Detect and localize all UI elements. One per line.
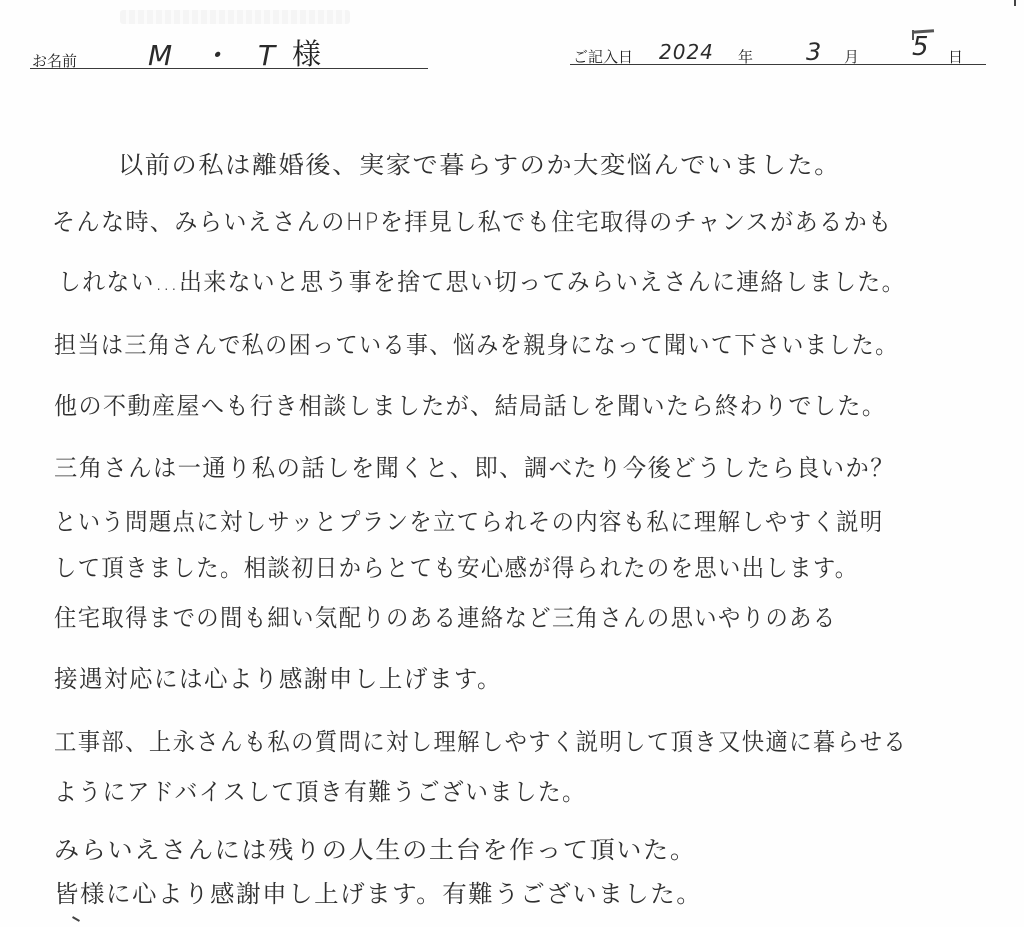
body-line: 工事部、上永さんも私の質問に対し理解しやすく説明して頂き又快適に暮らせる <box>54 722 907 757</box>
body-line: 住宅取得までの間も細い気配りのある連絡など三角さんの思いやりのある <box>54 598 837 633</box>
body-line: 担当は三角さんで私の困っている事、悩みを親身になって聞いて下さいました。 <box>54 325 899 360</box>
body-line: 皆様に心より感謝申し上げます。有難うございました。 <box>54 874 702 909</box>
body-line: みらいえさんには残りの人生の土台を作って頂いた。 <box>54 830 697 865</box>
body-line: そんな時、みらいえさんのHPを拝見し私でも住宅取得のチャンスがあるかも <box>52 202 893 237</box>
body-line: しれない…出来ないと思う事を捨て思い切ってみらいえさんに連絡しました。 <box>58 262 906 297</box>
body-line: 三角さんは一通り私の話しを聞くと、即、調べたり今後どうしたら良いか？ <box>54 448 895 483</box>
body-line: という問題点に対しサッとプランを立てられその内容も私に理解しやすく説明 <box>54 502 884 537</box>
body-line: して頂きました。相談初日からとても安心感が得られたのを思い出します。 <box>54 548 859 583</box>
body-line: 他の不動産屋へも行き相談しましたが、結局話しを聞いたら終わりでした。 <box>54 386 886 421</box>
body-line: ようにアドバイスして頂き有難うございました。 <box>54 772 586 807</box>
body-line: 接遇対応には心より感謝申し上げます。 <box>54 659 502 694</box>
handwritten-testimonial-page: お名前 M ・ T 様 ご記入日 2024 年 3 月 5 日 以前の私は離婚後… <box>0 0 1024 927</box>
body-line: 以前の私は離婚後、実家で暮らすのか大変悩んでいました。 <box>118 145 841 180</box>
testimonial-body: 以前の私は離婚後、実家で暮らすのか大変悩んでいました。 そんな時、みらいえさんの… <box>0 0 1024 927</box>
